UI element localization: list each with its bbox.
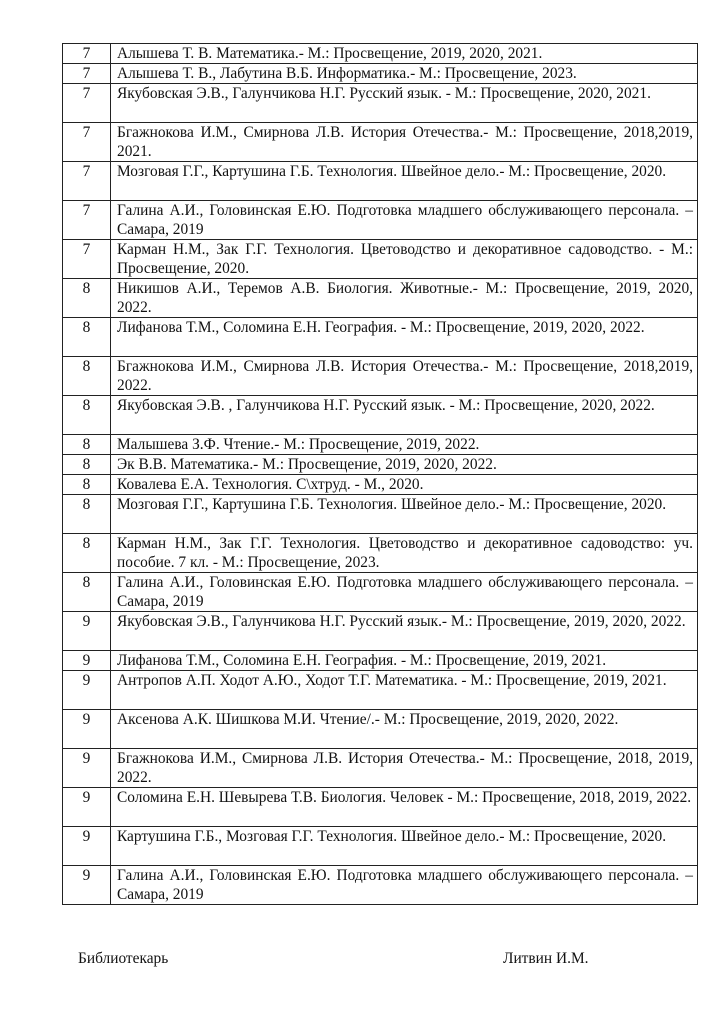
book-reference-cell: Галина А.И., Головинская Е.Ю. Подготовка… (111, 201, 698, 240)
book-reference-cell: Галина А.И., Головинская Е.Ю. Подготовка… (111, 573, 698, 612)
book-reference-cell: Алышева Т. В. Математика.- М.: Просвещен… (111, 44, 698, 64)
book-reference-cell: Лифанова Т.М., Соломина Е.Н. География. … (111, 651, 698, 671)
table-row: 8Галина А.И., Головинская Е.Ю. Подготовк… (63, 573, 698, 612)
grade-cell: 9 (63, 710, 111, 749)
book-reference-cell: Малышева З.Ф. Чтение.- М.: Просвещение, … (111, 435, 698, 455)
grade-cell: 8 (63, 435, 111, 455)
book-reference-cell: Якубовская Э.В., Галунчикова Н.Г. Русски… (111, 84, 698, 123)
table-row: 9Соломина Е.Н. Шевырева Т.В. Биология. Ч… (63, 788, 698, 827)
grade-cell: 8 (63, 396, 111, 435)
book-reference-cell: Галина А.И., Головинская Е.Ю. Подготовка… (111, 866, 698, 905)
table-row: 7Бгажнокова И.М., Смирнова Л.В. История … (63, 123, 698, 162)
table-row: 8Никишов А.И., Теремов А.В. Биология. Жи… (63, 279, 698, 318)
grade-cell: 8 (63, 279, 111, 318)
book-reference-cell: Мозговая Г.Г., Картушина Г.Б. Технология… (111, 162, 698, 201)
table-row: 8Лифанова Т.М., Соломина Е.Н. География.… (63, 318, 698, 357)
table-row: 8 Якубовская Э.В. , Галунчикова Н.Г. Рус… (63, 396, 698, 435)
book-reference-cell: Якубовская Э.В. , Галунчикова Н.Г. Русск… (111, 396, 698, 435)
textbook-table: 7Алышева Т. В. Математика.- М.: Просвеще… (62, 43, 698, 905)
book-reference-cell: Якубовская Э.В., Галунчикова Н.Г. Русски… (111, 612, 698, 651)
grade-cell: 7 (63, 44, 111, 64)
table-row: 9Лифанова Т.М., Соломина Е.Н. География.… (63, 651, 698, 671)
grade-cell: 7 (63, 84, 111, 123)
grade-cell: 8 (63, 455, 111, 475)
grade-cell: 7 (63, 123, 111, 162)
grade-cell: 8 (63, 573, 111, 612)
table-row: 9Антропов А.П. Ходот А.Ю., Ходот Т.Г. Ма… (63, 671, 698, 710)
book-reference-cell: Бгажнокова И.М., Смирнова Л.В. История О… (111, 123, 698, 162)
grade-cell: 8 (63, 534, 111, 573)
grade-cell: 9 (63, 827, 111, 866)
grade-cell: 7 (63, 162, 111, 201)
document-page: 7Алышева Т. В. Математика.- М.: Просвеще… (0, 0, 724, 1024)
book-reference-cell: Картушина Г.Б., Мозговая Г.Г. Технология… (111, 827, 698, 866)
grade-cell: 8 (63, 475, 111, 495)
table-row: 7Галина А.И., Головинская Е.Ю. Подготовк… (63, 201, 698, 240)
book-reference-cell: Ковалева Е.А. Технология. С\хтруд. - М.,… (111, 475, 698, 495)
table-row: 7Якубовская Э.В., Галунчикова Н.Г. Русск… (63, 84, 698, 123)
table-row: 7Алышева Т. В. Математика.- М.: Просвеще… (63, 44, 698, 64)
grade-cell: 9 (63, 651, 111, 671)
table-row: 7Алышева Т. В., Лабутина В.Б. Информатик… (63, 64, 698, 84)
table-row: 8Карман Н.М., Зак Г.Г. Технология. Цвето… (63, 534, 698, 573)
book-reference-cell: Соломина Е.Н. Шевырева Т.В. Биология. Че… (111, 788, 698, 827)
textbook-table-body: 7Алышева Т. В. Математика.- М.: Просвеще… (63, 44, 698, 905)
table-row: 7Мозговая Г.Г., Картушина Г.Б. Технологи… (63, 162, 698, 201)
book-reference-cell: Мозговая Г.Г., Картушина Г.Б. Технология… (111, 495, 698, 534)
table-row: 8Эк В.В. Математика.- М.: Просвещение, 2… (63, 455, 698, 475)
grade-cell: 7 (63, 201, 111, 240)
book-reference-cell: Алышева Т. В., Лабутина В.Б. Информатика… (111, 64, 698, 84)
book-reference-cell: Бгажнокова И.М., Смирнова Л.В. История О… (111, 357, 698, 396)
table-row: 8Бгажнокова И.М., Смирнова Л.В. История … (63, 357, 698, 396)
grade-cell: 9 (63, 671, 111, 710)
book-reference-cell: Бгажнокова И.М., Смирнова Л.В. История О… (111, 749, 698, 788)
grade-cell: 9 (63, 788, 111, 827)
grade-cell: 7 (63, 240, 111, 279)
table-row: 8Ковалева Е.А. Технология. С\хтруд. - М.… (63, 475, 698, 495)
book-reference-cell: Лифанова Т.М., Соломина Е.Н. География. … (111, 318, 698, 357)
table-row: 9Аксенова А.К. Шишкова М.И. Чтение/.- М.… (63, 710, 698, 749)
table-row: 9Бгажнокова И.М., Смирнова Л.В. История … (63, 749, 698, 788)
table-row: 8Мозговая Г.Г., Картушина Г.Б. Технологи… (63, 495, 698, 534)
grade-cell: 9 (63, 866, 111, 905)
book-reference-cell: Карман Н.М., Зак Г.Г. Технология. Цветов… (111, 534, 698, 573)
table-row: 9Галина А.И., Головинская Е.Ю. Подготовк… (63, 866, 698, 905)
signature-name: Литвин И.М. (503, 950, 588, 968)
grade-cell: 7 (63, 64, 111, 84)
table-row: 9Якубовская Э.В., Галунчикова Н.Г. Русск… (63, 612, 698, 651)
grade-cell: 9 (63, 749, 111, 788)
book-reference-cell: Никишов А.И., Теремов А.В. Биология. Жив… (111, 279, 698, 318)
grade-cell: 9 (63, 612, 111, 651)
book-reference-cell: Эк В.В. Математика.- М.: Просвещение, 20… (111, 455, 698, 475)
signature-position: Библиотекарь (78, 950, 168, 968)
book-reference-cell: Карман Н.М., Зак Г.Г. Технология. Цветов… (111, 240, 698, 279)
table-row: 7Карман Н.М., Зак Г.Г. Технология. Цвето… (63, 240, 698, 279)
book-reference-cell: Аксенова А.К. Шишкова М.И. Чтение/.- М.:… (111, 710, 698, 749)
book-reference-cell: Антропов А.П. Ходот А.Ю., Ходот Т.Г. Мат… (111, 671, 698, 710)
table-row: 8Малышева З.Ф. Чтение.- М.: Просвещение,… (63, 435, 698, 455)
grade-cell: 8 (63, 357, 111, 396)
grade-cell: 8 (63, 495, 111, 534)
table-row: 9Картушина Г.Б., Мозговая Г.Г. Технологи… (63, 827, 698, 866)
grade-cell: 8 (63, 318, 111, 357)
